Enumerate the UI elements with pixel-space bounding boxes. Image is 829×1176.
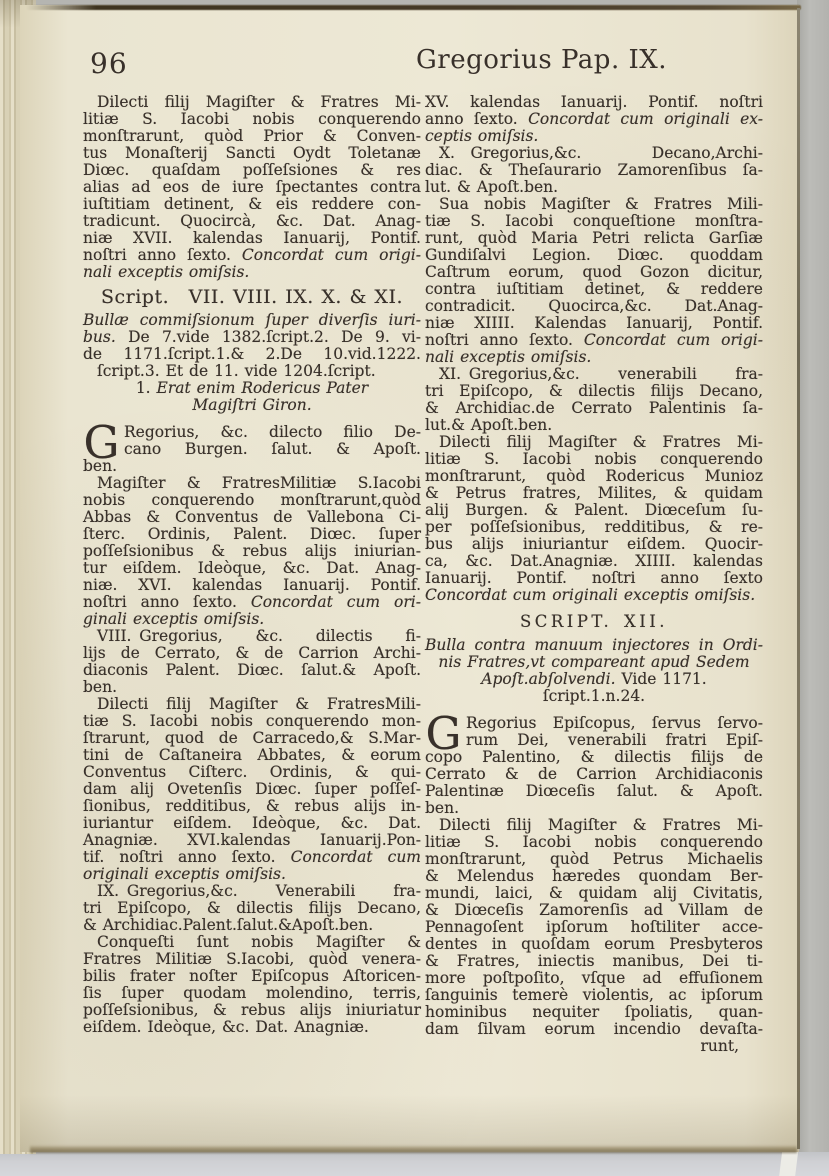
text-line: ſcript.3. Et de 11. vide 1204.ſcript. — [83, 363, 421, 380]
book-page: 96 Gregorius Pap. IX. Dilecti filij Magi… — [20, 5, 799, 1152]
text-line: Conventus Ciſterc. Ordinis, & qui- — [83, 764, 421, 781]
drop-cap-initial: G — [83, 426, 120, 458]
paragraph: Conqueſti ſunt nobis Magiſter &Fratres M… — [83, 934, 421, 1036]
section-heading: Script. VII. VIII. IX. X. & XI. — [83, 289, 421, 306]
paragraph: XV. kalendas Ianuarij. Pontif. noſtriann… — [425, 94, 763, 145]
text-line: XI. Gregorius,&c. venerabili fra- — [425, 366, 763, 383]
drop-cap-initial: G — [425, 717, 462, 749]
scanner-background-bottom — [0, 1150, 829, 1176]
section-heading: SCRIPT. XII. — [425, 613, 763, 630]
scanner-background-right — [797, 0, 829, 1152]
text-line: niæ XVII. kalendas Ianuarij, Pontif. — [83, 230, 421, 247]
text-line: tiæ S. Iacobi conqueſtione monſtra- — [425, 213, 763, 230]
text-line: & Melendus hæredes quondam Ber- — [425, 868, 763, 885]
text-line: iuſtitiam detinent, & eis reddere con- — [83, 196, 421, 213]
text-line: iuriantur eiſdem. Ideòque, &c. Dat. — [83, 815, 421, 832]
paragraph: Dilecti filij Magiſter & Fratres Mi-liti… — [83, 94, 421, 281]
text-line: VIII. Gregorius, &c. dilectis fi- — [83, 628, 421, 645]
text-line: ben. — [83, 679, 421, 696]
text-line: ginali exceptis omiſsis. — [83, 611, 421, 628]
text-line: & Archidiac.de Cerrato Palentinis ſa- — [425, 400, 763, 417]
text-line: & Petrus fratres, Milites, & quidam — [425, 485, 763, 502]
text-line: nali exceptis omiſsis. — [83, 264, 421, 281]
paragraph: X. Gregorius,&c. Decano,Archi-diac. & Th… — [425, 145, 763, 196]
text-line: Palentinæ Diœceſis ſalut. & Apoſt. — [425, 783, 763, 800]
text-line: noſtri anno ſexto. Concordat cum origi- — [425, 332, 763, 349]
text-line: more poſtpoſito, vſque ad effuſionem — [425, 970, 763, 987]
paragraph: VIII. Gregorius, &c. dilectis fi-lijs de… — [83, 628, 421, 696]
page-bottom-edge — [30, 1145, 797, 1153]
text-line: lut. & Apoſt.ben. — [425, 179, 763, 196]
text-line: per poſſeſsionibus, redditibus, & re- — [425, 519, 763, 536]
text-line: tri Epiſcopo, & dilectis filijs Decano, — [83, 900, 421, 917]
reference-note: Bulla contra manuum injectores in Ordi-n… — [425, 637, 763, 705]
text-line: ſis ſuper quodam molendino, terris, — [83, 985, 421, 1002]
text-line: ſionibus, redditibus, & rebus alijs in- — [83, 798, 421, 815]
text-line: ben. — [83, 458, 421, 475]
text-line: ben. — [425, 800, 763, 817]
text-line: diaconis Palent. Diœc. ſalut.& Apoſt. — [83, 662, 421, 679]
text-line: Dilecti filij Magiſter & Fratres Mi- — [425, 817, 763, 834]
text-line: alias ad eos de iure ſpectantes contra — [83, 179, 421, 196]
text-line: Dilecti filij Magiſter & Fratres Mi- — [83, 94, 421, 111]
text-line: litiæ S. Iacobi nobis conquerendo — [425, 451, 763, 468]
right-text-column: XV. kalendas Ianuarij. Pontif. noſtriann… — [425, 94, 763, 1055]
text-line: niæ XIIII. Kalendas Ianuarij, Pontif. — [425, 315, 763, 332]
text-line: litiæ S. Iacobi nobis conquerendo — [83, 111, 421, 128]
text-line: Regorius Epiſcopus, ſervus ſervo- — [425, 715, 763, 732]
text-line: lijs de Cerrato, & de Carrion Archi- — [83, 645, 421, 662]
text-line: copo Palentino, & dilectis filijs de — [425, 749, 763, 766]
text-line: Fratres Militiæ S.Iacobi, quòd venera- — [83, 951, 421, 968]
text-line: noſtri anno ſexto. Concordat cum ori- — [83, 594, 421, 611]
text-line: Conqueſti ſunt nobis Magiſter & — [83, 934, 421, 951]
text-line: runt, — [425, 1038, 763, 1055]
text-line: mundi, laici, & quidam alij Civitatis, — [425, 885, 763, 902]
text-line: Magiſter & FratresMilitiæ S.Iacobi — [83, 475, 421, 492]
text-line: tini de Caſtaneira Abbates, & eorum — [83, 747, 421, 764]
text-line: dam alij Ovetenſis Diœc. ſuper poſſeſ- — [83, 781, 421, 798]
paragraph: Dilecti filij Magiſter & FratresMili-tiæ… — [83, 696, 421, 883]
text-line: bilis frater noſter Epiſcopus Aſtoricen- — [83, 968, 421, 985]
text-line: eiſdem. Ideòque, &c. Dat. Anagniæ. — [83, 1019, 421, 1036]
text-line: lut.& Apoſt.ben. — [425, 417, 763, 434]
drop-cap-paragraph: GRegorius, &c. dilecto filio De-cano Bur… — [83, 424, 421, 475]
text-line: & Diœceſis Zamorenſis ad Villam de — [425, 902, 763, 919]
text-line: anno ſexto. Concordat cum originali ex- — [425, 111, 763, 128]
text-line: ca, &c. Dat.Anagniæ. XIIII. kalendas — [425, 553, 763, 570]
paragraph: Magiſter & FratresMilitiæ S.Iacobinobis … — [83, 475, 421, 628]
text-line: nobis conquerendo monſtrarunt,quòd — [83, 492, 421, 509]
text-line: dentes in quoſdam eorum Presbyteros — [425, 936, 763, 953]
text-line: tiæ S. Iacobi nobis conquerendo mon- — [83, 713, 421, 730]
text-line: ſterc. Ordinis, Palent. Diœc. ſuper — [83, 526, 421, 543]
text-line: Magiſtri Giron. — [83, 397, 421, 414]
reference-note: Bullæ commiſsionum ſuper diverſis iuri-b… — [83, 312, 421, 414]
text-line: ſanguinis temerè violentis, ac ipſorum — [425, 987, 763, 1004]
text-line: ſtrarunt, quod de Carracedo,& S.Mar- — [83, 730, 421, 747]
running-title: Gregorius Pap. IX. — [416, 45, 667, 75]
text-line: contra iuſtitiam detinet, & reddere — [425, 281, 763, 298]
text-line: Abbas & Conventus de Vallebona Ci- — [83, 509, 421, 526]
text-line: monſtrarunt, quòd Rodericus Munioz — [425, 468, 763, 485]
text-line: Bullæ commiſsionum ſuper diverſis iuri- — [83, 312, 421, 329]
text-line: Anagniæ. XVI.kalendas Ianuarij.Pon- — [83, 832, 421, 849]
text-line: 1. Erat enim Rodericus Pater — [83, 380, 421, 397]
text-line: diac. & Theſaurario Zamorenſibus ſa- — [425, 162, 763, 179]
paragraph: Dilecti filij Magiſter & Fratres Mi-liti… — [425, 434, 763, 604]
text-line: Gundiſalvi Legion. Diœc. quoddam — [425, 247, 763, 264]
text-line: Sua nobis Magiſter & Fratres Mili- — [425, 196, 763, 213]
text-line: alij Burgen. & Palent. Diœceſum ſu- — [425, 502, 763, 519]
text-line: & Fratres, iniectis manibus, Dei ti- — [425, 953, 763, 970]
text-line: ſcript.1.n.24. — [425, 688, 763, 705]
text-line: Apoſt.abſolvendi. Vide 1171. — [425, 671, 763, 688]
paragraph: IX. Gregorius,&c. Venerabili fra-tri Epi… — [83, 883, 421, 934]
left-text-column: Dilecti filij Magiſter & Fratres Mi-liti… — [83, 94, 421, 1036]
text-line: rum Dei, venerabili fratri Epiſ- — [425, 732, 763, 749]
text-line: originali exceptis omiſsis. — [83, 866, 421, 883]
text-line: cano Burgen. ſalut. & Apoſt. — [83, 441, 421, 458]
text-line: de 1171.ſcript.1.& 2.De 10.vid.1222. — [83, 346, 421, 363]
text-line: contradicit. Quocirca,&c. Dat.Anag- — [425, 298, 763, 315]
text-line: Concordat cum originali exceptis omiſsis… — [425, 587, 763, 604]
text-line: tif. noſtri anno ſexto. Concordat cum — [83, 849, 421, 866]
text-line: Pennagoſent ipſorum hoſtiliter acce- — [425, 919, 763, 936]
paragraph: Dilecti filij Magiſter & Fratres Mi-liti… — [425, 817, 763, 1055]
text-line: dam ſilvam eorum incendio devaſta- — [425, 1021, 763, 1038]
text-line: niæ. XVI. kalendas Ianuarij. Pontif. — [83, 577, 421, 594]
text-line: Ianuarij. Pontif. noſtri anno ſexto — [425, 570, 763, 587]
paragraph: Sua nobis Magiſter & Fratres Mili-tiæ S.… — [425, 196, 763, 366]
text-line: tri Epiſcopo, & dilectis filijs Decano, — [425, 383, 763, 400]
text-line: nali exceptis omiſsis. — [425, 349, 763, 366]
text-line: X. Gregorius,&c. Decano,Archi- — [425, 145, 763, 162]
text-line: runt, quòd Maria Petri relicta Garſiæ — [425, 230, 763, 247]
text-line: tur eiſdem. Ideòque, &c. Dat. Anag- — [83, 560, 421, 577]
text-line: poſſeſsionibus, & rebus alijs iniuriatur — [83, 1002, 421, 1019]
text-line: tradicunt. Quocircà, &c. Dat. Anag- — [83, 213, 421, 230]
text-line: Regorius, &c. dilecto filio De- — [83, 424, 421, 441]
text-line: monſtrarunt, quòd Petrus Michaelis — [425, 851, 763, 868]
text-line: bus alijs iniuriantur eiſdem. Quocir- — [425, 536, 763, 553]
text-line: Dilecti filij Magiſter & FratresMili- — [83, 696, 421, 713]
text-line: & Archidiac.Palent.ſalut.&Apoſt.ben. — [83, 917, 421, 934]
text-line: Caſtrum eorum, quod Gozon dicitur, — [425, 264, 763, 281]
text-line: nis Fratres,vt compareant apud Sedem — [425, 654, 763, 671]
text-line: Script. VII. VIII. IX. X. & XI. — [83, 289, 421, 306]
drop-cap-paragraph: GRegorius Epiſcopus, ſervus ſervo-rum De… — [425, 715, 763, 817]
text-line: Dilecti filij Magiſter & Fratres Mi- — [425, 434, 763, 451]
paragraph: XI. Gregorius,&c. venerabili fra-tri Epi… — [425, 366, 763, 434]
text-line: litiæ S. Iacobi nobis conquerendo — [425, 834, 763, 851]
text-line: ceptis omiſsis. — [425, 128, 763, 145]
text-line: monſtrarunt, quòd Prior & Conven- — [83, 128, 421, 145]
text-line: bus. De 7.vide 1382.ſcript.2. De 9. vi- — [83, 329, 421, 346]
book-scan: 96 Gregorius Pap. IX. Dilecti filij Magi… — [0, 0, 829, 1176]
text-line: tus Monaſterij Sancti Oydt Toletanæ — [83, 145, 421, 162]
text-line: hominibus nequiter ſpoliatis, quan- — [425, 1004, 763, 1021]
text-line: IX. Gregorius,&c. Venerabili fra- — [83, 883, 421, 900]
text-line: Diœc. quaſdam poſſeſsiones & res — [83, 162, 421, 179]
text-line: noſtri anno ſexto. Concordat cum origi- — [83, 247, 421, 264]
text-line: Cerrato & de Carrion Archidiaconis — [425, 766, 763, 783]
text-line: poſſeſsionibus & rebus alijs iniurian- — [83, 543, 421, 560]
text-line: SCRIPT. XII. — [425, 613, 763, 630]
page-number: 96 — [90, 47, 128, 80]
text-line: XV. kalendas Ianuarij. Pontif. noſtri — [425, 94, 763, 111]
text-line: Bulla contra manuum injectores in Ordi- — [425, 637, 763, 654]
